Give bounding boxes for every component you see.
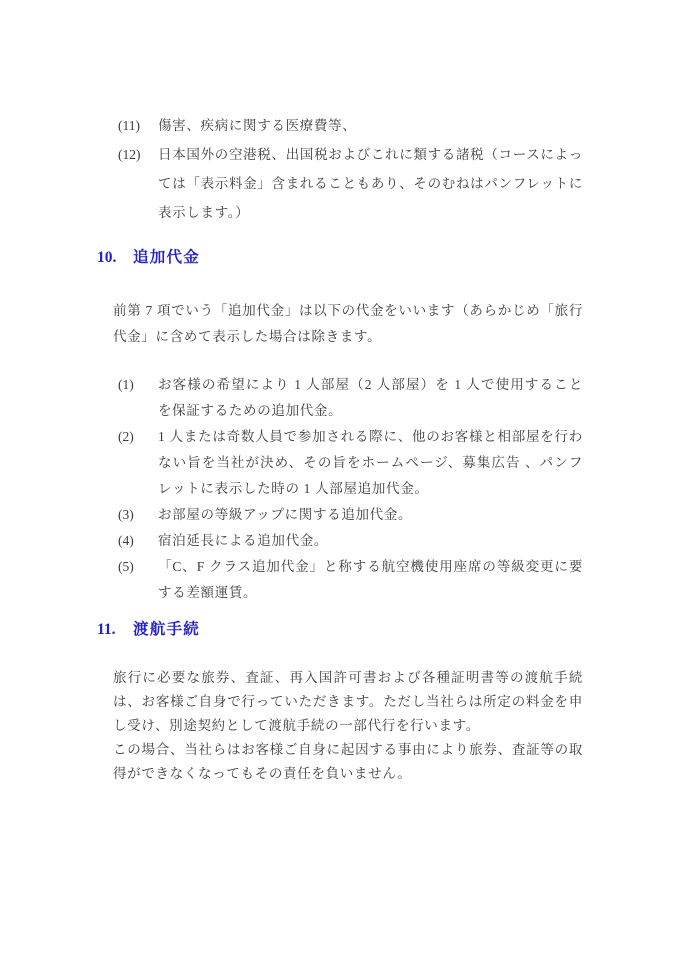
section-title: 追加代金 xyxy=(133,247,200,269)
section-11-paragraph: この場合、当社らはお客様ご自身に起因する事由により旅券、査証等の取得ができなくな… xyxy=(113,738,583,786)
document-page: (11) 傷害、疾病に関する医療費等、 (12) 日本国外の空港税、出国税および… xyxy=(0,0,680,962)
cost-exclusion-list: (11) 傷害、疾病に関する医療費等、 (12) 日本国外の空港税、出国税および… xyxy=(97,111,583,227)
list-item: (11) 傷害、疾病に関する医療費等、 xyxy=(97,111,583,140)
section-title: 渡航手続 xyxy=(133,619,200,641)
list-item: (5) 「C、F クラス追加代金」と称する航空機使用座席の等級変更に要する差額運… xyxy=(97,554,583,606)
item-number: (3) xyxy=(118,502,158,528)
item-number: (2) xyxy=(118,424,158,450)
section-11-heading: 11. 渡航手続 xyxy=(97,619,583,641)
item-text: お客様の希望により 1 人部屋（2 人部屋）を 1 人で使用することを保証するた… xyxy=(158,372,583,424)
item-text: 「C、F クラス追加代金」と称する航空機使用座席の等級変更に要する差額運賃。 xyxy=(158,554,583,606)
item-number: (1) xyxy=(118,372,158,398)
section-10-intro: 前第 7 項でいう「追加代金」は以下の代金をいいます（あらかじめ「旅行代金」に含… xyxy=(113,298,583,350)
item-text: お部屋の等級アップに関する追加代金。 xyxy=(158,502,583,528)
item-number: (5) xyxy=(118,554,158,580)
additional-charge-list: (1) お客様の希望により 1 人部屋（2 人部屋）を 1 人で使用することを保… xyxy=(97,372,583,606)
section-number: 11. xyxy=(97,619,133,641)
item-text: 日本国外の空港税、出国税およびこれに類する諸税（コースによっては「表示料金」含ま… xyxy=(158,140,583,227)
section-11-paragraph: 旅行に必要な旅券、査証、再入国許可書および各種証明書等の渡航手続は、お客様ご自身… xyxy=(113,666,583,738)
item-number: (12) xyxy=(118,140,158,169)
item-text: 宿泊延長による追加代金。 xyxy=(158,528,583,554)
list-item: (4) 宿泊延長による追加代金。 xyxy=(97,528,583,554)
item-number: (11) xyxy=(118,111,158,140)
item-text: 1 人または奇数人員で参加される際に、他のお客様と相部屋を行わない旨を当社が決め… xyxy=(158,424,583,502)
item-text: 傷害、疾病に関する医療費等、 xyxy=(158,111,583,140)
list-item: (3) お部屋の等級アップに関する追加代金。 xyxy=(97,502,583,528)
list-item: (1) お客様の希望により 1 人部屋（2 人部屋）を 1 人で使用することを保… xyxy=(97,372,583,424)
item-number: (4) xyxy=(118,528,158,554)
section-10-heading: 10. 追加代金 xyxy=(97,247,583,269)
list-item: (2) 1 人または奇数人員で参加される際に、他のお客様と相部屋を行わない旨を当… xyxy=(97,424,583,502)
list-item: (12) 日本国外の空港税、出国税およびこれに類する諸税（コースによっては「表示… xyxy=(97,140,583,227)
section-number: 10. xyxy=(97,247,133,269)
